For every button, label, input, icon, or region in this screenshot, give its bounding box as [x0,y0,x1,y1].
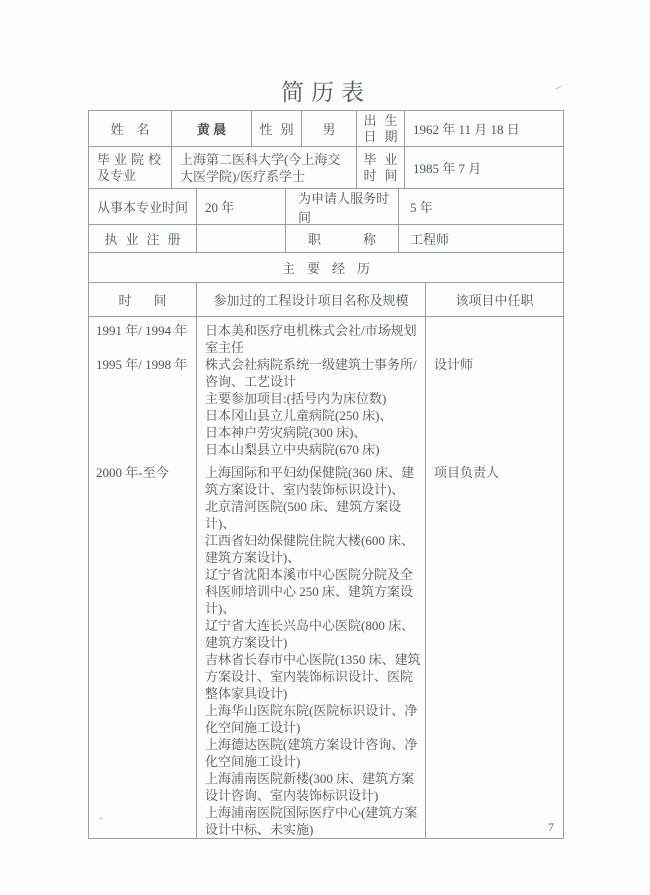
row-experience-content: 1991 年/ 1994 年 1995 年/ 1998 年 2000 年-至今 … [89,317,563,838]
experience-time-column: 1991 年/ 1994 年 1995 年/ 1998 年 2000 年-至今 [89,317,197,838]
service-time-value: 5 年 [410,197,433,216]
profession-time-label: 从事本专业时间 [97,197,188,216]
school-label-line1: 毕业院校 [97,152,165,168]
gender-label-cell: 性别 [252,111,302,146]
row-basic-info: 姓名 黄 晨 性别 男 出生 日期 1962 年 11 月 18 日 [89,111,563,147]
experience-role-column: 设计师 项目负责人 [426,317,563,838]
project-item: 上海华山医院东院(医院标识设计、净化空间施工设计) [205,702,421,736]
name-label: 姓名 [110,119,162,138]
scan-artifact-plus: + [98,813,104,825]
name-value: 黄 晨 [197,119,226,138]
project-item: 辽宁省沈阳本溪市中心医院分院及全科医师培训中心 250 床、建筑方案设计)、 [205,566,421,617]
profession-time-label-cell: 从事本专业时间 [89,189,197,224]
job-title-value-cell: 工程师 [399,225,563,252]
profession-time-value-cell: 20 年 [197,189,286,224]
name-value-cell: 黄 晨 [172,111,252,146]
graduation-label-line2: 时间 [363,168,405,184]
projects-column-header-cell: 参加过的工程设计项目名称及规模 [197,283,426,316]
graduation-value: 1985 年 7 月 [413,158,481,177]
row-profession-time: 从事本专业时间 20 年 为申请人服务时间 5 年 [89,189,563,225]
birth-label-line2: 日期 [363,129,405,145]
experience-projects-group2: 上海国际和平妇幼保健院(360 床、建筑方案设计、室内装饰标识设计)、 北京清河… [205,464,421,838]
section-title-cell: 主要经历 [89,253,563,282]
project-item: 日本山梨县立中央病院(670 床) [205,441,421,458]
project-item: 上海德达医院(建筑方案设计咨询、净化空间施工设计) [205,736,421,770]
registration-value-cell [197,225,286,252]
experience-time-1: 1991 年/ 1994 年 [96,322,194,339]
projects-column-header: 参加过的工程设计项目名称及规模 [213,290,408,309]
row-registration: 执业注册 职称 工程师 [89,225,563,253]
profession-time-value: 20 年 [205,197,234,216]
project-item: 主要参加项目:(括号内为床位数) [205,390,421,407]
birth-label-line1: 出生 [363,113,405,129]
project-item: 北京清河医院(500 床、建筑方案设计)、 [205,498,421,532]
page-title: 简历表 [88,74,564,107]
gender-value: 男 [322,119,335,138]
project-item: 辽宁省大连长兴岛中心医院(800 床、建筑方案设计) [205,617,421,651]
registration-label: 执业注册 [104,229,188,248]
time-column-header: 时间 [118,290,188,309]
project-item: 上海国际和平妇幼保健院(360 床、建筑方案设计、室内装饰标识设计)、 [205,464,421,498]
service-time-label: 为申请人服务时间 [298,188,398,226]
school-value-cell: 上海第二医科大学(今上海交大医学院)/医疗系学士 [172,147,357,188]
experience-projects-column: 日本美和医疗电机株式会社/市场规划室主任 株式会社病院系统一级建筑士事务所/咨询… [197,317,426,838]
role-column-header: 该项目中任职 [455,290,533,309]
gender-value-cell: 男 [302,111,357,146]
school-label-cell: 毕业院校 及专业 [89,147,172,188]
project-item: 日本美和医疗电机株式会社/市场规划室主任 [205,322,421,356]
job-title-label-cell: 职称 [286,225,399,252]
project-item: 江西省妇幼保健院住院大楼(600 床、建筑方案设计)、 [205,532,421,566]
project-item: 日本冈山县立儿童病院(250 床)、 [205,407,421,424]
page-number: 7 [548,820,554,835]
section-title: 主要经历 [282,258,382,277]
school-label-line2: 及专业 [97,168,136,184]
row-education: 毕业院校 及专业 上海第二医科大学(今上海交大医学院)/医疗系学士 毕业 时间 … [89,147,563,189]
graduation-label-line1: 毕业 [363,152,405,168]
project-item: 上海浦南医院新楼(300 床、建筑方案设计咨询、室内装饰标识设计) [205,770,421,804]
graduation-label-cell: 毕业 时间 [357,147,405,188]
birth-value: 1962 年 11 月 18 日 [413,119,520,138]
resume-document-page: 简历表 姓名 黄 晨 性别 男 出生 日期 1962 年 11 月 18 日 [0,0,650,895]
graduation-value-cell: 1985 年 7 月 [405,147,563,188]
name-label-cell: 姓名 [89,111,172,146]
resume-table: 姓名 黄 晨 性别 男 出生 日期 1962 年 11 月 18 日 毕业院校 [88,110,564,839]
registration-label-cell: 执业注册 [89,225,197,252]
row-experience-headers: 时间 参加过的工程设计项目名称及规模 该项目中任职 [89,283,563,317]
time-column-header-cell: 时间 [89,283,197,316]
role-column-header-cell: 该项目中任职 [426,283,563,316]
birth-value-cell: 1962 年 11 月 18 日 [405,111,563,146]
experience-role-2: 项目负责人 [434,464,559,481]
project-item: 吉林省长春市中心医院(1350 床、建筑方案设计、室内装饰标识设计、医院整体家具… [205,651,421,702]
service-time-label-cell: 为申请人服务时间 [286,189,399,224]
experience-time-2: 1995 年/ 1998 年 [96,356,194,373]
job-title-value: 工程师 [410,229,449,248]
project-item: 上海浦南医院国际医疗中心(建筑方案设计中标、未实施) [205,804,421,838]
school-value: 上海第二医科大学(今上海交大医学院)/医疗系学士 [180,151,352,185]
gender-label: 性别 [259,119,301,138]
project-item: 株式会社病院系统一级建筑士事务所/咨询、工艺设计 [205,356,421,390]
project-item: 日本神户劳灾病院(300 床)、 [205,424,421,441]
row-section-header: 主要经历 [89,253,563,283]
experience-time-3: 2000 年-至今 [96,464,194,481]
service-time-value-cell: 5 年 [399,189,563,224]
experience-role-1: 设计师 [434,356,559,373]
birth-label-cell: 出生 日期 [357,111,405,146]
